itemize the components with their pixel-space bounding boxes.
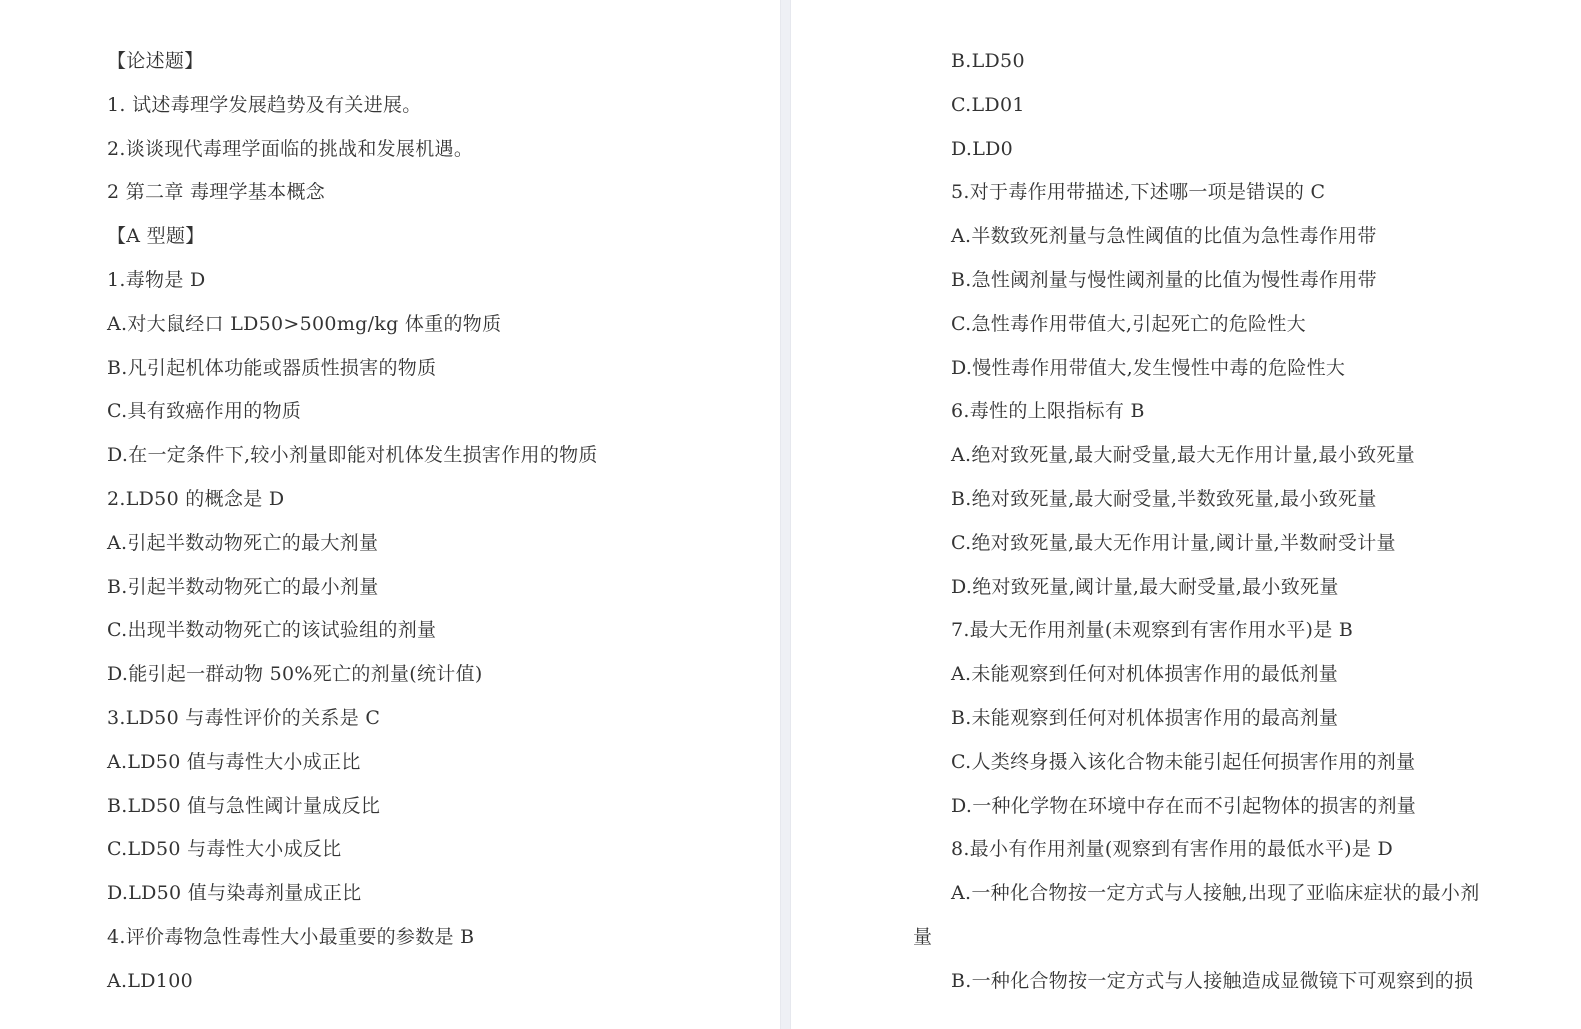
question-1-option-d: D.在一定条件下,较小剂量即能对机体发生损害作用的物质 <box>69 442 669 486</box>
question-6: 6.毒性的上限指标有 B <box>913 398 1498 442</box>
question-3-option-d: D.LD50 值与染毒剂量成正比 <box>69 880 669 924</box>
question-4-option-a: A.LD100 <box>69 968 669 1012</box>
section-heading-essay: 【论述题】 <box>69 48 669 92</box>
question-5-option-b: B.急性阈剂量与慢性阈剂量的比值为慢性毒作用带 <box>913 267 1498 311</box>
question-1-option-b: B.凡引起机体功能或器质性损害的物质 <box>69 355 669 399</box>
question-5: 5.对于毒作用带描述,下述哪一项是错误的 C <box>913 179 1498 223</box>
question-7-option-c: C.人类终身摄入该化合物未能引起任何损害作用的剂量 <box>913 749 1498 793</box>
right-page: B.LD50 C.LD01 D.LD0 5.对于毒作用带描述,下述哪一项是错误的… <box>791 0 1581 1029</box>
question-8-option-b: B.一种化合物按一定方式与人接触造成显微镜下可观察到的损 <box>913 968 1498 1012</box>
question-3-option-b: B.LD50 值与急性阈计量成反比 <box>69 793 669 837</box>
right-page-text: B.LD50 C.LD01 D.LD0 5.对于毒作用带描述,下述哪一项是错误的… <box>913 48 1498 1012</box>
question-5-option-d: D.慢性毒作用带值大,发生慢性中毒的危险性大 <box>913 355 1498 399</box>
question-8: 8.最小有作用剂量(观察到有害作用的最低水平)是 D <box>913 836 1498 880</box>
question-1-option-c: C.具有致癌作用的物质 <box>69 398 669 442</box>
question-5-option-a: A.半数致死剂量与急性阈值的比值为急性毒作用带 <box>913 223 1498 267</box>
question-4: 4.评价毒物急性毒性大小最重要的参数是 B <box>69 924 669 968</box>
question-7-option-b: B.未能观察到任何对机体损害作用的最高剂量 <box>913 705 1498 749</box>
question-1-option-a: A.对大鼠经口 LD50>500mg/kg 体重的物质 <box>69 311 669 355</box>
essay-question-2: 2.谈谈现代毒理学面临的挑战和发展机遇。 <box>69 136 669 180</box>
question-6-option-c: C.绝对致死量,最大无作用计量,阈计量,半数耐受计量 <box>913 530 1498 574</box>
question-8-option-a-continuation: 量 <box>913 924 1498 968</box>
question-4-option-c: C.LD01 <box>913 92 1498 136</box>
question-7-option-a: A.未能观察到任何对机体损害作用的最低剂量 <box>913 661 1498 705</box>
question-2-option-d: D.能引起一群动物 50%死亡的剂量(统计值) <box>69 661 669 705</box>
question-4-option-d: D.LD0 <box>913 136 1498 180</box>
question-6-option-a: A.绝对致死量,最大耐受量,最大无作用计量,最小致死量 <box>913 442 1498 486</box>
question-3-option-c: C.LD50 与毒性大小成反比 <box>69 836 669 880</box>
question-2-option-c: C.出现半数动物死亡的该试验组的剂量 <box>69 617 669 661</box>
page-gutter-divider <box>780 0 791 1029</box>
question-8-option-a: A.一种化合物按一定方式与人接触,出现了亚临床症状的最小剂 <box>913 880 1498 924</box>
question-6-option-b: B.绝对致死量,最大耐受量,半数致死量,最小致死量 <box>913 486 1498 530</box>
left-page-text: 【论述题】 1. 试述毒理学发展趋势及有关进展。 2.谈谈现代毒理学面临的挑战和… <box>69 48 669 1012</box>
question-7-option-d: D.一种化学物在环境中存在而不引起物体的损害的剂量 <box>913 793 1498 837</box>
question-2: 2.LD50 的概念是 D <box>69 486 669 530</box>
question-2-option-b: B.引起半数动物死亡的最小剂量 <box>69 574 669 618</box>
question-3-option-a: A.LD50 值与毒性大小成正比 <box>69 749 669 793</box>
essay-question-1: 1. 试述毒理学发展趋势及有关进展。 <box>69 92 669 136</box>
question-7: 7.最大无作用剂量(未观察到有害作用水平)是 B <box>913 617 1498 661</box>
question-4-option-b: B.LD50 <box>913 48 1498 92</box>
question-1: 1.毒物是 D <box>69 267 669 311</box>
document-spread: 【论述题】 1. 试述毒理学发展趋势及有关进展。 2.谈谈现代毒理学面临的挑战和… <box>0 0 1581 1029</box>
question-6-option-d: D.绝对致死量,阈计量,最大耐受量,最小致死量 <box>913 574 1498 618</box>
section-heading-type-a: 【A 型题】 <box>69 223 669 267</box>
left-page: 【论述题】 1. 试述毒理学发展趋势及有关进展。 2.谈谈现代毒理学面临的挑战和… <box>0 0 780 1029</box>
question-3: 3.LD50 与毒性评价的关系是 C <box>69 705 669 749</box>
question-2-option-a: A.引起半数动物死亡的最大剂量 <box>69 530 669 574</box>
question-5-option-c: C.急性毒作用带值大,引起死亡的危险性大 <box>913 311 1498 355</box>
chapter-title: 2 第二章 毒理学基本概念 <box>69 179 669 223</box>
